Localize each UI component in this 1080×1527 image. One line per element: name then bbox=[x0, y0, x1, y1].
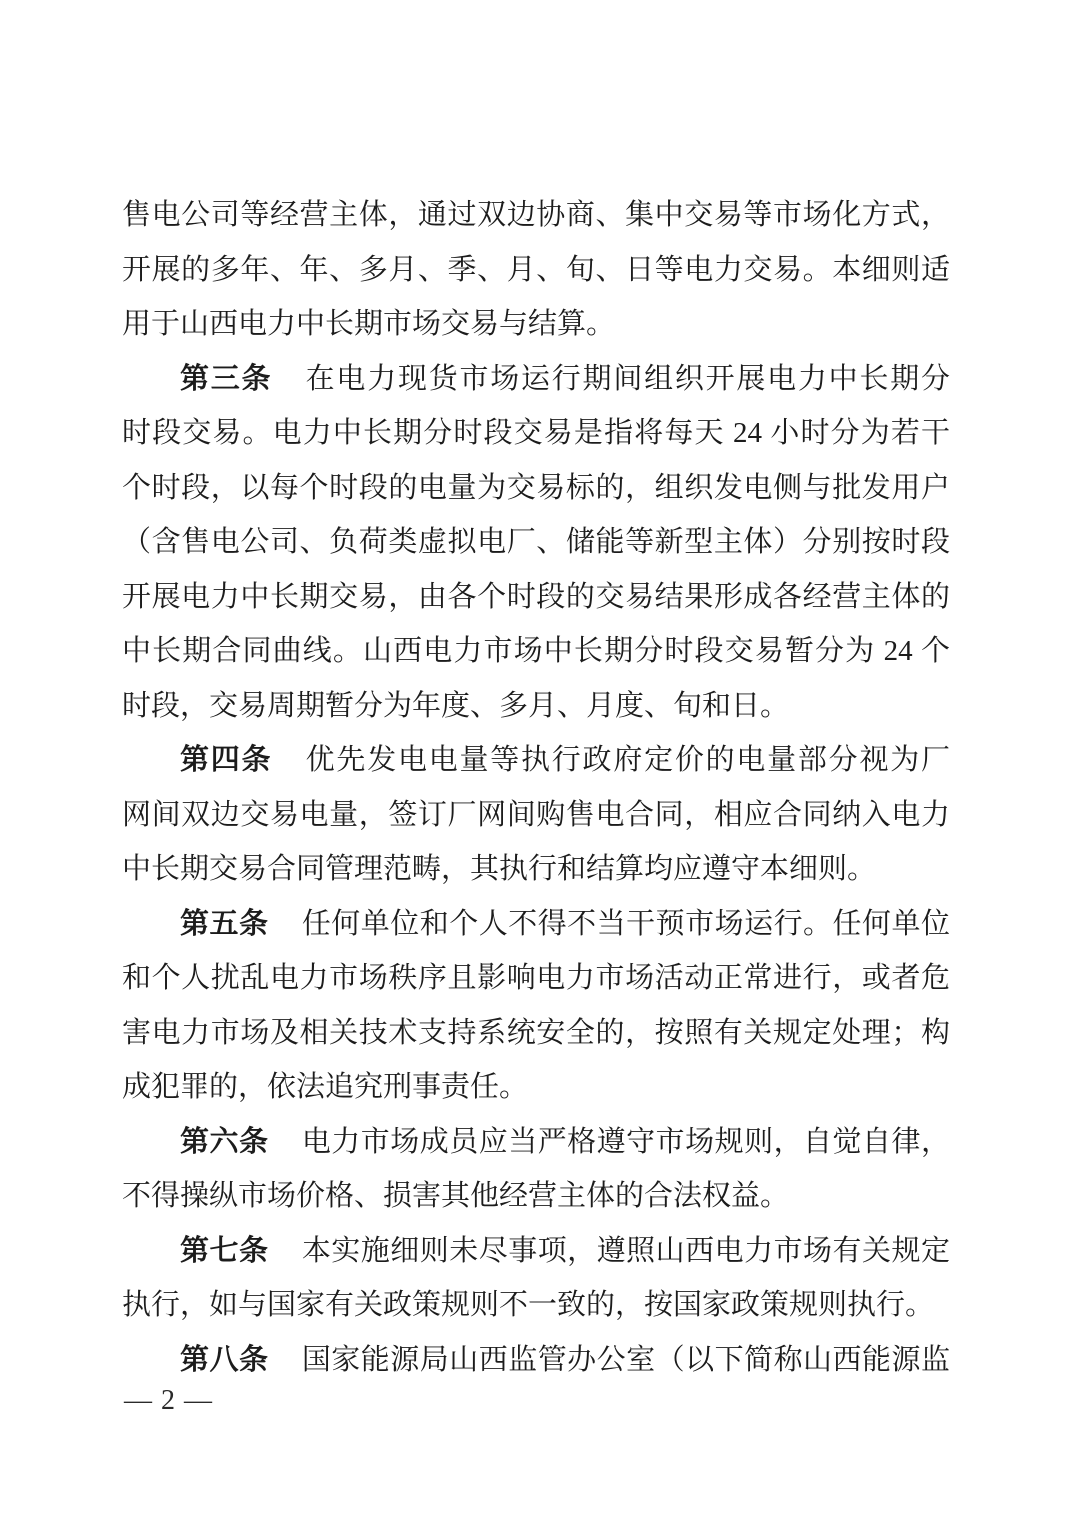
article-number-label: 第四条 bbox=[180, 744, 272, 776]
text-line: 第六条电力市场成员应当严格遵守市场规则，自觉自律， bbox=[122, 1115, 950, 1170]
text-line: 网间双边交易电量，签订厂网间购售电合同，相应合同纳入电力 bbox=[122, 788, 950, 843]
text-line: 用于山西电力中长期市场交易与结算。 bbox=[122, 297, 950, 352]
article-number-label: 第八条 bbox=[180, 1344, 268, 1376]
text-line: 中长期合同曲线。山西电力市场中长期分时段交易暂分为 24 个 bbox=[122, 624, 950, 679]
text-line: 执行，如与国家有关政策规则不一致的，按国家政策规则执行。 bbox=[122, 1278, 950, 1333]
text-line: 开展的多年、年、多月、季、月、旬、日等电力交易。本细则适 bbox=[122, 243, 950, 298]
text-line: 第七条本实施细则未尽事项，遵照山西电力市场有关规定 bbox=[122, 1224, 950, 1279]
text-line: 第八条国家能源局山西监管办公室（以下简称山西能源监 bbox=[122, 1333, 950, 1388]
text-line: 第四条优先发电电量等执行政府定价的电量部分视为厂 bbox=[122, 733, 950, 788]
text-line: 成犯罪的，依法追究刑事责任。 bbox=[122, 1060, 950, 1115]
text-line: 害电力市场及相关技术支持系统安全的，按照有关规定处理；构 bbox=[122, 1006, 950, 1061]
article-number-label: 第七条 bbox=[180, 1235, 268, 1267]
text-line: 个时段，以每个时段的电量为交易标的，组织发电侧与批发用户 bbox=[122, 461, 950, 516]
text-line: 中长期交易合同管理范畴，其执行和结算均应遵守本细则。 bbox=[122, 842, 950, 897]
text-line: 售电公司等经营主体，通过双边协商、集中交易等市场化方式， bbox=[122, 188, 950, 243]
text-line: 开展电力中长期交易，由各个时段的交易结果形成各经营主体的 bbox=[122, 570, 950, 625]
text-line: 第三条在电力现货市场运行期间组织开展电力中长期分 bbox=[122, 352, 950, 407]
article-number-label: 第六条 bbox=[180, 1126, 268, 1158]
page-number: — 2 — bbox=[124, 1384, 213, 1418]
article-number-label: 第三条 bbox=[180, 363, 272, 395]
text-line: （含售电公司、负荷类虚拟电厂、储能等新型主体）分别按时段 bbox=[122, 515, 950, 570]
text-line: 不得操纵市场价格、损害其他经营主体的合法权益。 bbox=[122, 1169, 950, 1224]
article-number-label: 第五条 bbox=[180, 908, 268, 940]
text-line: 和个人扰乱电力市场秩序且影响电力市场活动正常进行，或者危 bbox=[122, 951, 950, 1006]
document-body: 售电公司等经营主体，通过双边协商、集中交易等市场化方式，开展的多年、年、多月、季… bbox=[122, 188, 950, 1387]
document-page: 售电公司等经营主体，通过双边协商、集中交易等市场化方式，开展的多年、年、多月、季… bbox=[0, 0, 1080, 1527]
text-line: 时段交易。电力中长期分时段交易是指将每天 24 小时分为若干 bbox=[122, 406, 950, 461]
text-line: 第五条任何单位和个人不得不当干预市场运行。任何单位 bbox=[122, 897, 950, 952]
text-line: 时段，交易周期暂分为年度、多月、月度、旬和日。 bbox=[122, 679, 950, 734]
